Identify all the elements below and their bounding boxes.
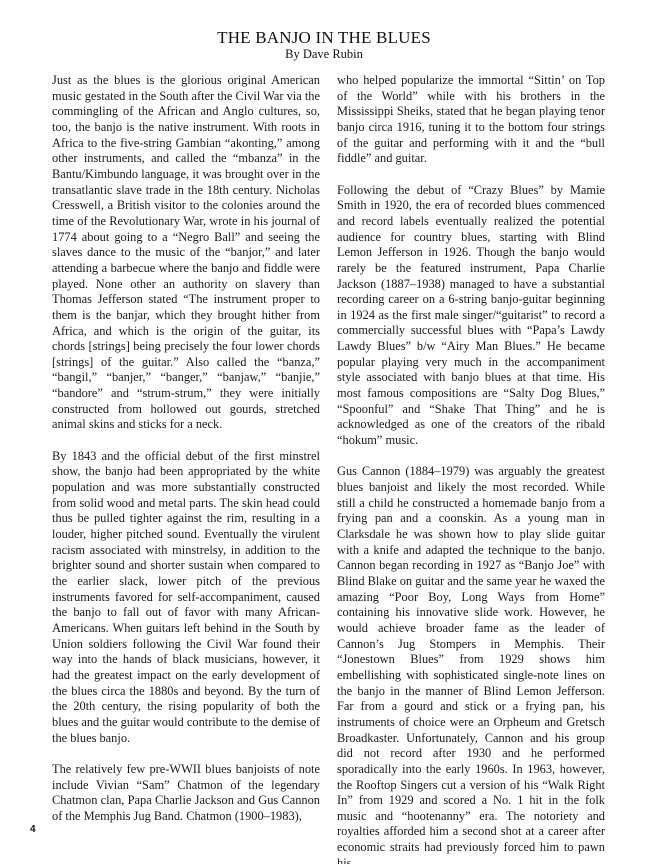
right-column: who helped popularize the immortal “Sitt… <box>337 73 605 864</box>
paragraph: By 1843 and the official debut of the fi… <box>52 449 320 746</box>
page-number: 4 <box>30 824 36 835</box>
paragraph: who helped popularize the immortal “Sitt… <box>337 73 605 167</box>
paragraph: Following the debut of “Crazy Blues” by … <box>337 183 605 449</box>
paragraph: Gus Cannon (1884–1979) was arguably the … <box>337 464 605 864</box>
left-column: Just as the blues is the glorious origin… <box>52 73 320 824</box>
paragraph: Just as the blues is the glorious origin… <box>52 73 320 433</box>
article-title: THE BANJO IN THE BLUES <box>0 28 648 48</box>
document-page: THE BANJO IN THE BLUES By Dave Rubin Jus… <box>0 0 648 864</box>
article-byline: By Dave Rubin <box>0 47 648 62</box>
paragraph: The relatively few pre-WWII blues banjoi… <box>52 762 320 825</box>
